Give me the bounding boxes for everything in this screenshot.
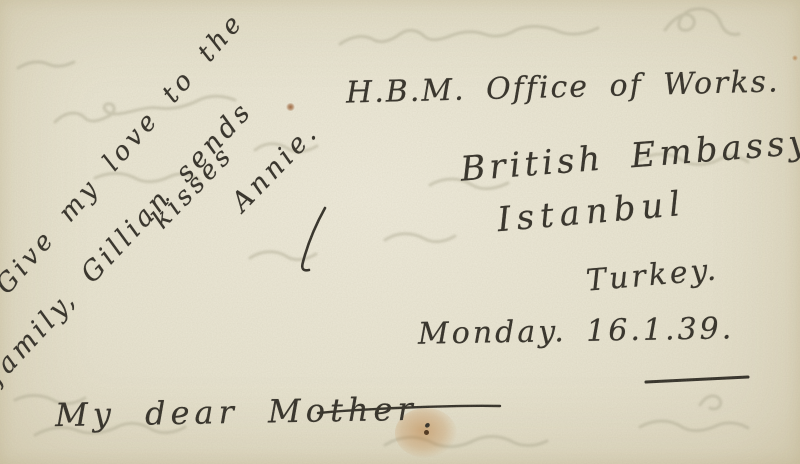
date-underline (646, 377, 748, 382)
letter-scan: Give my love to the family, Gillian send… (0, 0, 800, 464)
stain-spot-small (286, 103, 295, 111)
salutation-text: My dear Mother (55, 391, 418, 433)
letterhead-city-line: Istanbul (496, 186, 688, 238)
letterhead-date-line: Monday. 16.1.39. (418, 311, 735, 353)
letterhead-embassy-line: British Embassy (459, 124, 800, 188)
letterhead-office-line: H.B.M. Office of Works. (346, 64, 780, 111)
salutation-period: . (422, 398, 433, 434)
stain-speck (792, 55, 798, 61)
letterhead-country-line: Turkey. (585, 252, 721, 299)
note-flourish-stroke (302, 208, 325, 270)
